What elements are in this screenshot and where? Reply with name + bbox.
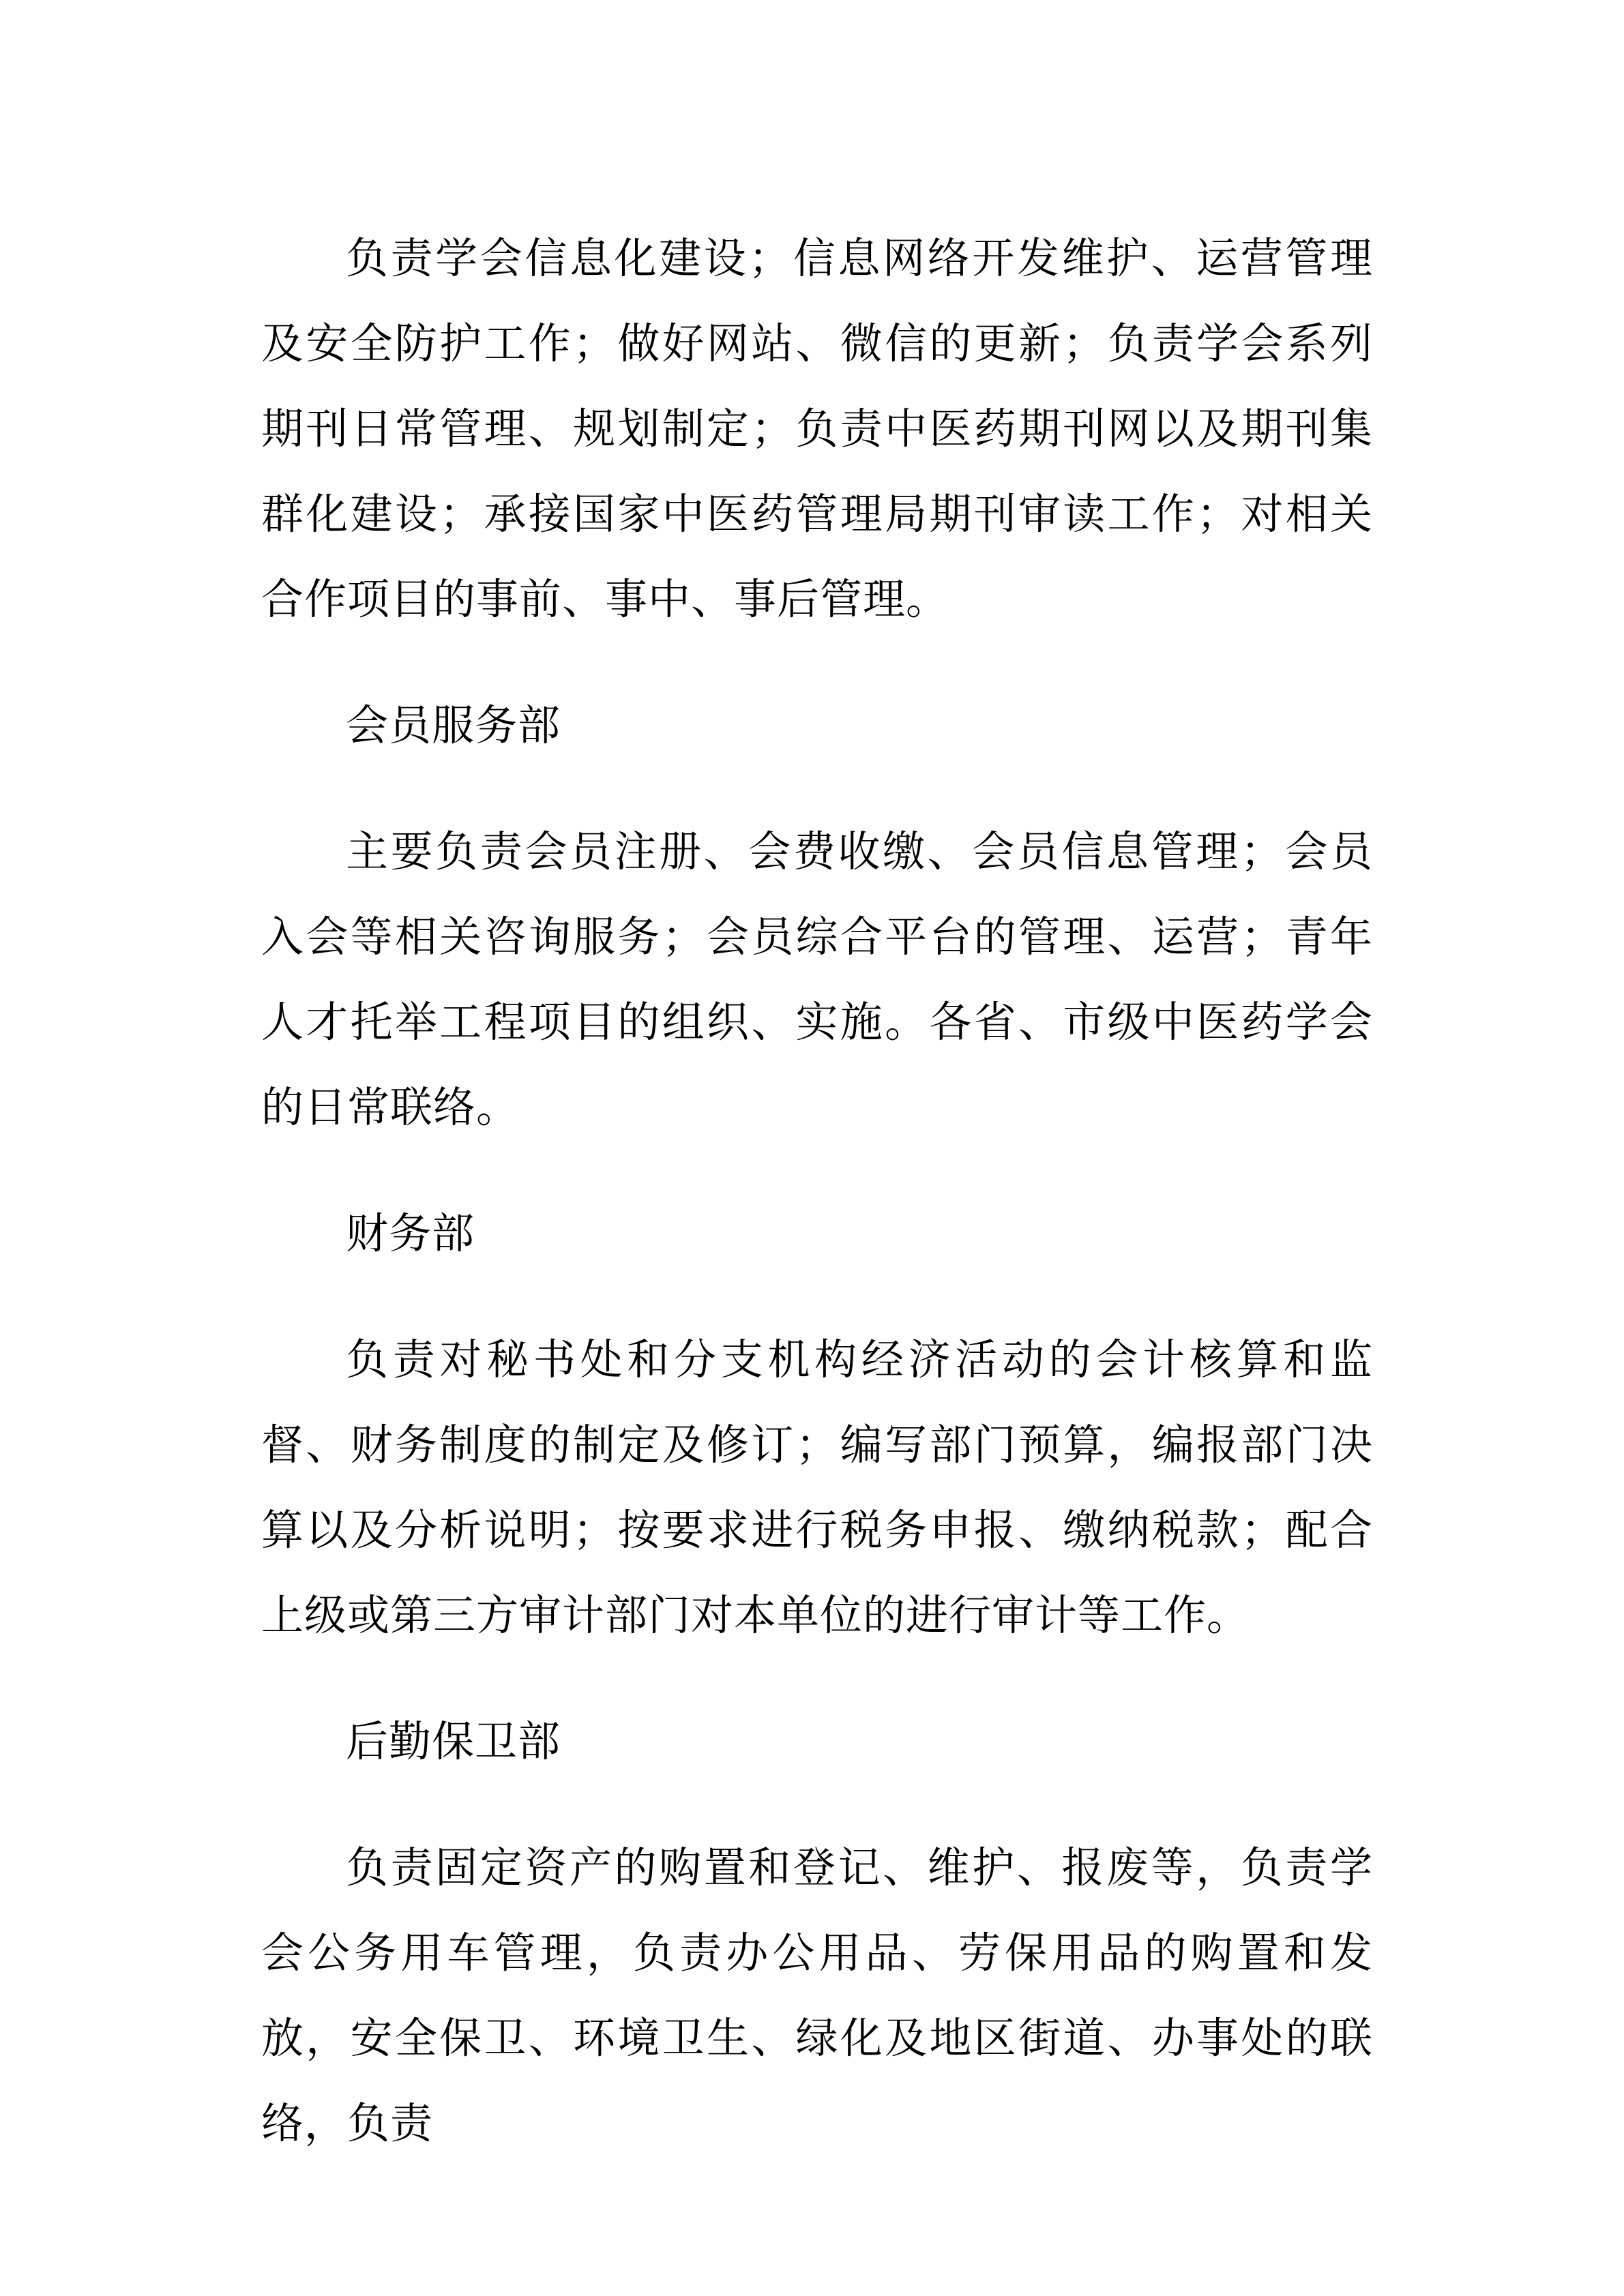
heading-member-service-dept: 会员服务部 [261,684,1373,769]
paragraph-member-service-duties: 主要负责会员注册、会费收缴、会员信息管理；会员入会等相关咨询服务；会员综合平台的… [261,810,1373,1151]
paragraph-finance-duties: 负责对秘书处和分支机构经济活动的会计核算和监督、财务制度的制定及修订；编写部门预… [261,1318,1373,1659]
paragraph-informatization-duties: 负责学会信息化建设；信息网络开发维护、运营管理及安全防护工作；做好网站、微信的更… [261,217,1373,643]
heading-finance-dept: 财务部 [261,1192,1373,1277]
document-page: 负责学会信息化建设；信息网络开发维护、运营管理及安全防护工作；做好网站、微信的更… [0,0,1624,2296]
heading-logistics-security-dept: 后勤保卫部 [261,1700,1373,1785]
paragraph-logistics-security-duties: 负责固定资产的购置和登记、维护、报废等，负责学会公务用车管理，负责办公用品、劳保… [261,1826,1373,2167]
